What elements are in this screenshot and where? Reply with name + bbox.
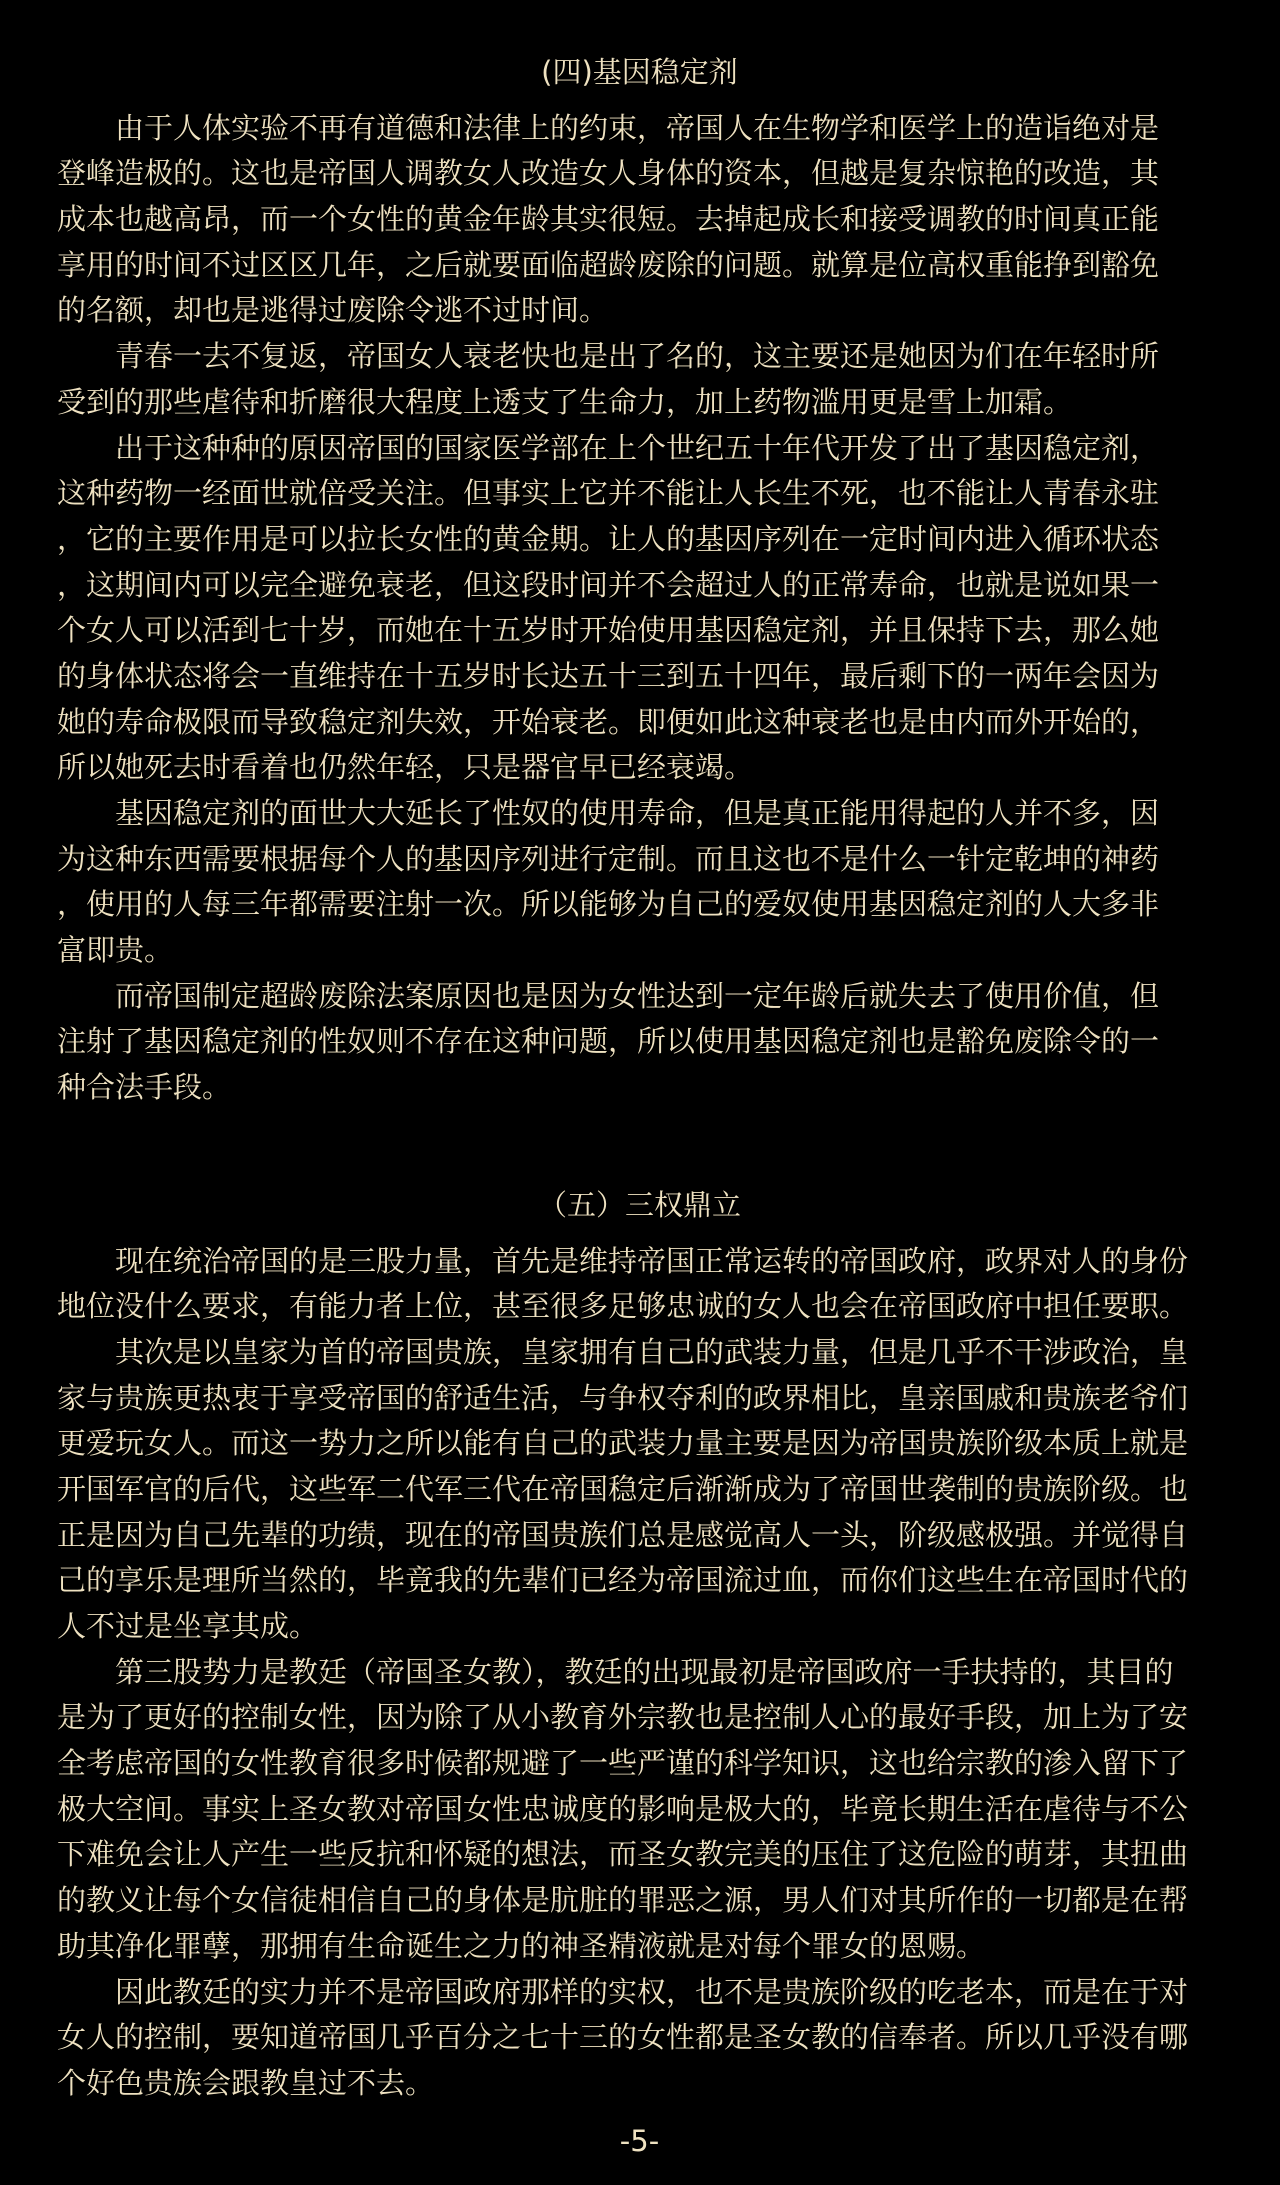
text-line: 极大空间。事实上圣女教对帝国女性忠诚度的影响是极大的，毕竟长期生活在虐待与不公 <box>57 1787 1222 1833</box>
text-line: 正是因为自己先辈的功绩，现在的帝国贵族们总是感觉高人一头，阶级感极强。并觉得自 <box>57 1513 1222 1559</box>
text-line: 第三股势力是教廷（帝国圣女教），教廷的出现最初是帝国政府一手扶持的，其目的 <box>57 1650 1222 1696</box>
paragraph: 基因稳定剂的面世大大延长了性奴的使用寿命，但是真正能用得起的人并不多，因为这种东… <box>57 791 1222 974</box>
paragraph: 因此教廷的实力并不是帝国政府那样的实权，也不是贵族阶级的吃老本，而是在于对女人的… <box>57 1970 1222 2107</box>
page-number: -5- <box>57 2119 1222 2165</box>
text-line: 个女人可以活到七十岁，而她在十五岁时开始使用基因稳定剂，并且保持下去，那么她 <box>57 608 1222 654</box>
paragraph: 而帝国制定超龄废除法案原因也是因为女性达到一定年龄后就失去了使用价值，但注射了基… <box>57 974 1222 1111</box>
section: （五）三权鼎立现在统治帝国的是三股力量，首先是维持帝国正常运转的帝国政府，政界对… <box>57 1183 1222 2107</box>
text-line: 更爱玩女人。而这一势力之所以能有自己的武装力量主要是因为帝国贵族阶级本质上就是 <box>57 1421 1222 1467</box>
text-line: 而帝国制定超龄废除法案原因也是因为女性达到一定年龄后就失去了使用价值，但 <box>57 974 1222 1020</box>
paragraph: 出于这种种的原因帝国的国家医学部在上个世纪五十年代开发了出了基因稳定剂，这种药物… <box>57 426 1222 792</box>
text-line: ，使用的人每三年都需要注射一次。所以能够为自己的爱奴使用基因稳定剂的人大多非 <box>57 882 1222 928</box>
text-line: 的身体状态将会一直维持在十五岁时长达五十三到五十四年，最后剩下的一两年会因为 <box>57 654 1222 700</box>
text-line: 助其净化罪孽，那拥有生命诞生之力的神圣精液就是对每个罪女的恩赐。 <box>57 1924 1222 1970</box>
text-line: 其次是以皇家为首的帝国贵族，皇家拥有自己的武装力量，但是几乎不干涉政治，皇 <box>57 1330 1222 1376</box>
text-line: 所以她死去时看着也仍然年轻，只是器官早已经衰竭。 <box>57 745 1222 791</box>
text-line: 现在统治帝国的是三股力量，首先是维持帝国正常运转的帝国政府，政界对人的身份 <box>57 1239 1222 1285</box>
text-line: 家与贵族更热衷于享受帝国的舒适生活，与争权夺利的政界相比，皇亲国戚和贵族老爷们 <box>57 1376 1222 1422</box>
text-line: 受到的那些虐待和折磨很大程度上透支了生命力，加上药物滥用更是雪上加霜。 <box>57 380 1222 426</box>
text-line: 的名额，却也是逃得过废除令逃不过时间。 <box>57 288 1222 334</box>
document-body: (四)基因稳定剂由于人体实验不再有道德和法律上的约束，帝国人在生物学和医学上的造… <box>57 50 1222 2107</box>
text-line: 种合法手段。 <box>57 1065 1222 1111</box>
text-line: 是为了更好的控制女性，因为除了从小教育外宗教也是控制人心的最好手段，加上为了安 <box>57 1695 1222 1741</box>
text-line: 地位没什么要求，有能力者上位，甚至很多足够忠诚的女人也会在帝国政府中担任要职。 <box>57 1284 1222 1330</box>
paragraph: 其次是以皇家为首的帝国贵族，皇家拥有自己的武装力量，但是几乎不干涉政治，皇家与贵… <box>57 1330 1222 1650</box>
section-title: (四)基因稳定剂 <box>57 50 1222 96</box>
paragraph: 青春一去不复返，帝国女人衰老快也是出了名的，这主要还是她因为们在年轻时所受到的那… <box>57 334 1222 425</box>
text-line: 己的享乐是理所当然的，毕竟我的先辈们已经为帝国流过血，而你们这些生在帝国时代的 <box>57 1558 1222 1604</box>
text-line: 下难免会让人产生一些反抗和怀疑的想法，而圣女教完美的压住了这危险的萌芽，其扭曲 <box>57 1832 1222 1878</box>
text-line: 人不过是坐享其成。 <box>57 1604 1222 1650</box>
text-line: 这种药物一经面世就倍受关注。但事实上它并不能让人长生不死，也不能让人青春永驻 <box>57 471 1222 517</box>
text-line: 全考虑帝国的女性教育很多时候都规避了一些严谨的科学知识，这也给宗教的渗入留下了 <box>57 1741 1222 1787</box>
text-line: 的教义让每个女信徒相信自己的身体是肮脏的罪恶之源，男人们对其所作的一切都是在帮 <box>57 1878 1222 1924</box>
text-line: 成本也越高昂，而一个女性的黄金年龄其实很短。去掉起成长和接受调教的时间真正能 <box>57 197 1222 243</box>
text-line: 女人的控制，要知道帝国几乎百分之七十三的女性都是圣女教的信奉者。所以几乎没有哪 <box>57 2015 1222 2061</box>
text-line: 享用的时间不过区区几年，之后就要面临超龄废除的问题。就算是位高权重能挣到豁免 <box>57 243 1222 289</box>
text-line: 因此教廷的实力并不是帝国政府那样的实权，也不是贵族阶级的吃老本，而是在于对 <box>57 1970 1222 2016</box>
text-line: 登峰造极的。这也是帝国人调教女人改造女人身体的资本，但越是复杂惊艳的改造，其 <box>57 151 1222 197</box>
text-line: 基因稳定剂的面世大大延长了性奴的使用寿命，但是真正能用得起的人并不多，因 <box>57 791 1222 837</box>
text-line: 为这种东西需要根据每个人的基因序列进行定制。而且这也不是什么一针定乾坤的神药 <box>57 837 1222 883</box>
text-line: 开国军官的后代，这些军二代军三代在帝国稳定后渐渐成为了帝国世袭制的贵族阶级。也 <box>57 1467 1222 1513</box>
text-line: 她的寿命极限而导致稳定剂失效，开始衰老。即便如此这种衰老也是由内而外开始的， <box>57 700 1222 746</box>
paragraph: 由于人体实验不再有道德和法律上的约束，帝国人在生物学和医学上的造诣绝对是登峰造极… <box>57 106 1222 334</box>
paragraph: 现在统治帝国的是三股力量，首先是维持帝国正常运转的帝国政府，政界对人的身份地位没… <box>57 1239 1222 1330</box>
text-line: ，这期间内可以完全避免衰老，但这段时间并不会超过人的正常寿命，也就是说如果一 <box>57 563 1222 609</box>
text-line: 由于人体实验不再有道德和法律上的约束，帝国人在生物学和医学上的造诣绝对是 <box>57 106 1222 152</box>
text-line: 注射了基因稳定剂的性奴则不存在这种问题，所以使用基因稳定剂也是豁免废除令的一 <box>57 1019 1222 1065</box>
text-line: 青春一去不复返，帝国女人衰老快也是出了名的，这主要还是她因为们在年轻时所 <box>57 334 1222 380</box>
section: (四)基因稳定剂由于人体实验不再有道德和法律上的约束，帝国人在生物学和医学上的造… <box>57 50 1222 1111</box>
text-line: 出于这种种的原因帝国的国家医学部在上个世纪五十年代开发了出了基因稳定剂， <box>57 426 1222 472</box>
text-line: 富即贵。 <box>57 928 1222 974</box>
text-line: ，它的主要作用是可以拉长女性的黄金期。让人的基因序列在一定时间内进入循环状态 <box>57 517 1222 563</box>
text-line: 个好色贵族会跟教皇过不去。 <box>57 2061 1222 2107</box>
section-title: （五）三权鼎立 <box>57 1183 1222 1229</box>
paragraph: 第三股势力是教廷（帝国圣女教），教廷的出现最初是帝国政府一手扶持的，其目的是为了… <box>57 1650 1222 1970</box>
document-page: (四)基因稳定剂由于人体实验不再有道德和法律上的约束，帝国人在生物学和医学上的造… <box>0 0 1280 2185</box>
